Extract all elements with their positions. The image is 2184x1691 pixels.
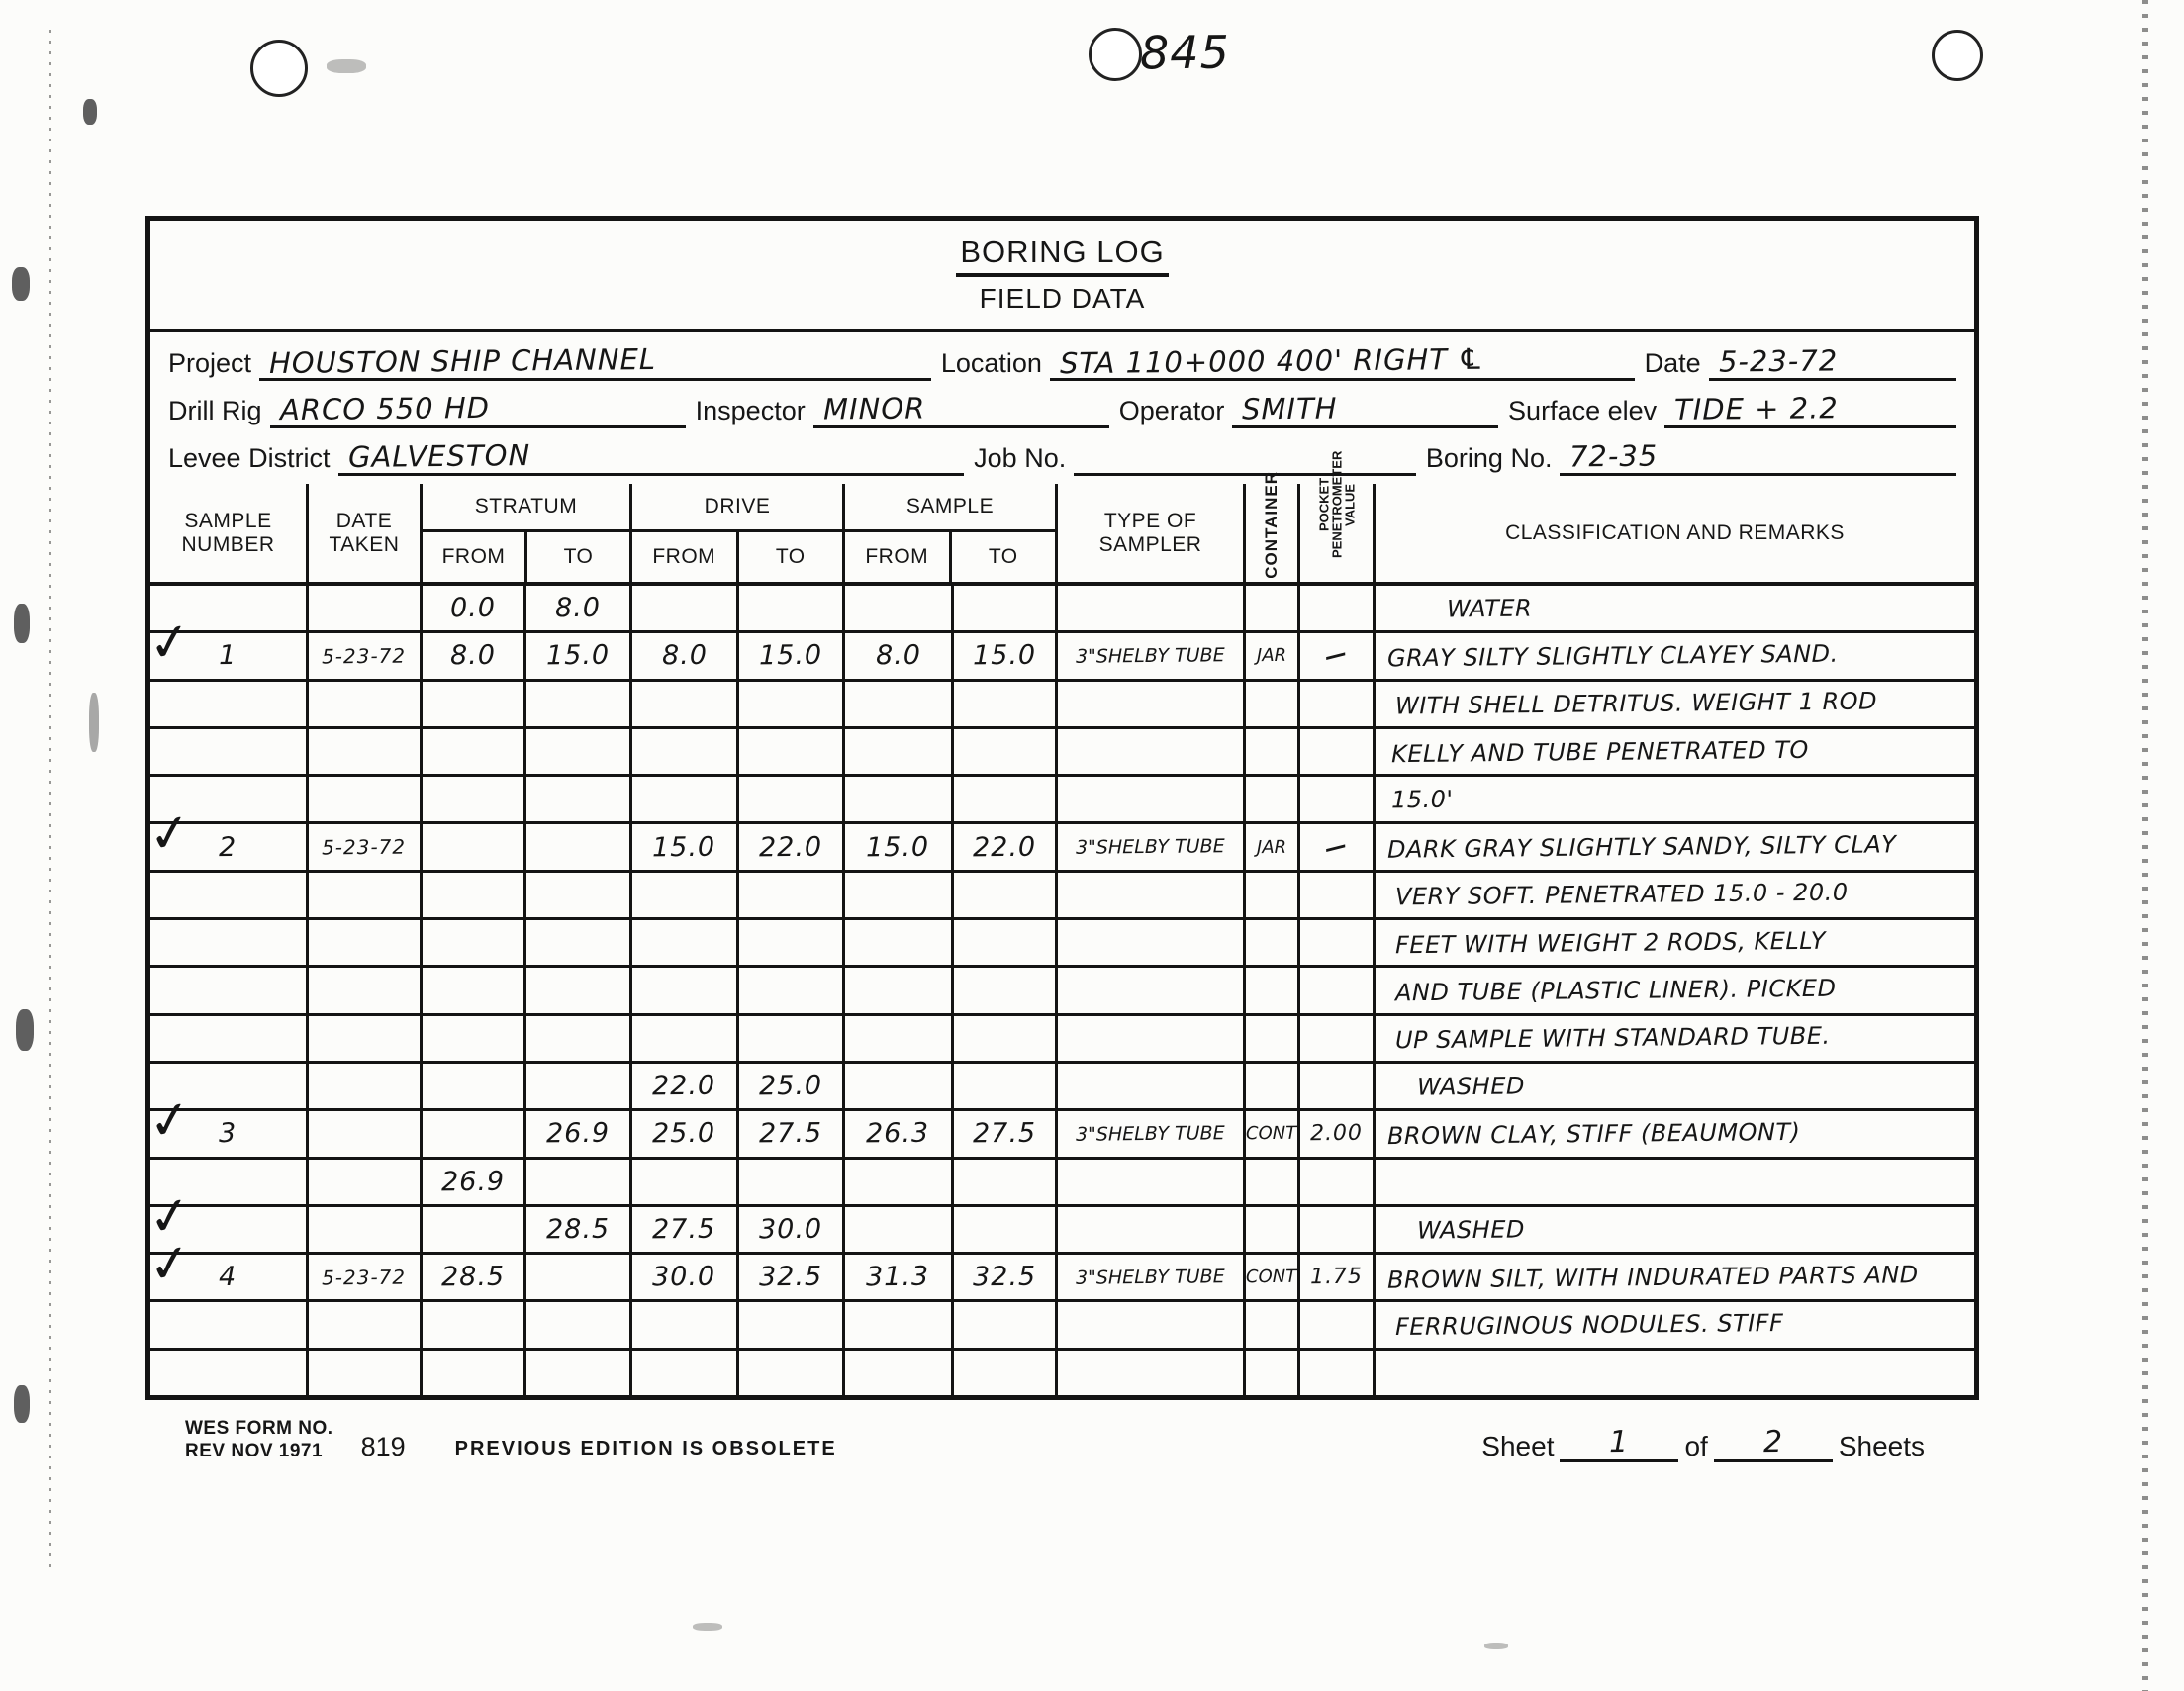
container-cell	[1246, 777, 1300, 821]
sample-from-cell	[845, 1207, 954, 1252]
sheet-label: Sheet	[1481, 1431, 1554, 1462]
sampler-cell	[1058, 1351, 1246, 1395]
stratum-from-cell	[423, 682, 526, 726]
sample-to-cell: 15.0	[954, 633, 1058, 678]
project-label: Project	[168, 348, 251, 381]
stratum-from-value: 8.0	[450, 640, 496, 671]
date-taken-value: 5-23-72	[322, 1265, 406, 1289]
drive-from-cell: 25.0	[632, 1111, 739, 1156]
sample-number-cell: ✓3	[150, 1111, 309, 1156]
drill-rig-label: Drill Rig	[168, 396, 262, 428]
remarks-value: FEET WITH WEIGHT 2 RODS, KELLY	[1395, 926, 1826, 959]
operator-value: SMITH	[1242, 391, 1338, 425]
remarks-cell	[1376, 1351, 1974, 1395]
drive-to-cell: 27.5	[739, 1111, 845, 1156]
col-header-drive-from: FROM	[632, 532, 739, 582]
col-header-type-of-sampler: TYPE OF SAMPLER	[1058, 484, 1246, 582]
drive-to-value: 32.5	[759, 1262, 822, 1293]
date-taken-cell	[309, 1302, 423, 1347]
container-cell	[1246, 968, 1300, 1012]
pocket-value: —	[1322, 832, 1350, 862]
drive-to-cell	[739, 873, 845, 917]
stratum-to-value: 15.0	[546, 640, 610, 672]
sheets-label: Sheets	[1839, 1431, 1925, 1462]
date-taken-cell	[309, 1351, 423, 1395]
stratum-from-cell	[423, 1207, 526, 1252]
remarks-value: WASHED	[1417, 1072, 1525, 1100]
date-taken-cell: 5-23-72	[309, 1255, 423, 1299]
form-number: 819	[361, 1432, 406, 1462]
remarks-cell: 15.0'	[1376, 777, 1974, 821]
date-taken-cell: 5-23-72	[309, 824, 423, 869]
sample-to-cell: 32.5	[954, 1255, 1058, 1299]
location-label: Location	[941, 348, 1042, 381]
sample-number-cell	[150, 920, 309, 965]
form-subtitle: FIELD DATA	[980, 283, 1146, 315]
stratum-from-cell: 0.0	[423, 586, 526, 630]
drive-from-cell	[632, 968, 739, 1012]
levee-district-label: Levee District	[168, 443, 331, 476]
pocket-cell: 2.00	[1300, 1111, 1376, 1156]
sample-from-cell	[845, 968, 954, 1012]
stratum-to-cell: 28.5	[526, 1207, 632, 1252]
date-taken-cell	[309, 682, 423, 726]
scan-noise	[83, 99, 97, 125]
col-group-sample: SAMPLE FROM TO	[845, 484, 1058, 582]
surface-elev-value-line: TIDE + 2.2	[1664, 390, 1956, 428]
container-cell	[1246, 1064, 1300, 1108]
remarks-cell: WATER	[1376, 586, 1974, 630]
sample-from-cell	[845, 682, 954, 726]
sample-to-cell	[954, 729, 1058, 774]
sample-from-cell	[845, 1302, 954, 1347]
stratum-from-cell	[423, 1064, 526, 1108]
stratum-to-cell: 26.9	[526, 1111, 632, 1156]
drive-to-cell: 22.0	[739, 824, 845, 869]
drive-to-cell	[739, 586, 845, 630]
remarks-cell: FERRUGINOUS NODULES. STIFF	[1376, 1302, 1974, 1347]
container-cell	[1246, 920, 1300, 965]
date-taken-cell	[309, 586, 423, 630]
sample-number-value: 1	[219, 640, 237, 671]
remarks-value: DARK GRAY SLIGHTLY SANDY, SILTY CLAY	[1387, 830, 1897, 863]
stratum-from-cell	[423, 777, 526, 821]
drive-from-value: 8.0	[661, 640, 707, 671]
pocket-cell: —	[1300, 824, 1376, 869]
table-row: ✓45-23-7228.530.032.531.332.53"SHELBY TU…	[150, 1255, 1974, 1302]
pocket-cell	[1300, 682, 1376, 726]
stratum-from-cell	[423, 1302, 526, 1347]
stratum-from-value: 0.0	[450, 593, 496, 623]
sample-to-cell	[954, 1351, 1058, 1395]
stratum-to-value: 26.9	[546, 1118, 610, 1150]
drive-to-value: 15.0	[759, 640, 822, 672]
date-taken-cell	[309, 1160, 423, 1204]
sampler-cell	[1058, 1302, 1246, 1347]
drive-to-cell	[739, 1160, 845, 1204]
col-header-classification: CLASSIFICATION AND REMARKS	[1376, 484, 1974, 582]
remarks-value: 15.0'	[1391, 786, 1454, 814]
operator-field: Operator SMITH	[1119, 390, 1498, 428]
sampler-cell	[1058, 729, 1246, 774]
project-value-line: HOUSTON SHIP CHANNEL	[259, 342, 931, 381]
stratum-to-cell	[526, 1351, 632, 1395]
table-row: 26.9	[150, 1160, 1974, 1207]
stratum-from-cell	[423, 824, 526, 869]
obsolete-note: PREVIOUS EDITION IS OBSOLETE	[455, 1438, 837, 1460]
stratum-to-cell	[526, 729, 632, 774]
remarks-cell: FEET WITH WEIGHT 2 RODS, KELLY	[1376, 920, 1974, 965]
operator-value-line: SMITH	[1232, 390, 1498, 428]
container-vertical-label: CONTAINER	[1260, 471, 1283, 579]
form-title: BORING LOG	[956, 235, 1168, 277]
sampler-cell: 3"SHELBY TUBE	[1058, 824, 1246, 869]
remarks-cell	[1376, 1160, 1974, 1204]
pocket-cell	[1300, 968, 1376, 1012]
date-taken-cell	[309, 968, 423, 1012]
sample-to-cell: 22.0	[954, 824, 1058, 869]
operator-label: Operator	[1119, 396, 1225, 428]
wes-form-no-line2: REV NOV 1971	[185, 1440, 333, 1462]
date-label: Date	[1645, 348, 1701, 381]
remarks-cell: AND TUBE (PLASTIC LINER). PICKED	[1376, 968, 1974, 1012]
sample-number-cell	[150, 729, 309, 774]
location-value: STA 110+000 400' RIGHT ℄	[1060, 342, 1485, 380]
sampler-cell	[1058, 1160, 1246, 1204]
sheet-count: Sheet 1 of 2 Sheets	[1481, 1425, 1925, 1462]
drill-rig-value-line: ARCO 550 HD	[270, 390, 686, 428]
table-row: 22.025.0WASHED	[150, 1064, 1974, 1111]
table-row: WITH SHELL DETRITUS. WEIGHT 1 ROD	[150, 682, 1974, 729]
stratum-to-cell: 8.0	[526, 586, 632, 630]
sampler-cell	[1058, 920, 1246, 965]
drive-from-cell: 30.0	[632, 1255, 739, 1299]
drive-from-cell	[632, 1160, 739, 1204]
sample-from-cell: 31.3	[845, 1255, 954, 1299]
stratum-from-cell	[423, 968, 526, 1012]
col-header-pocket-penetrometer: POCKET PENETROMETER VALUE	[1300, 484, 1376, 582]
col-group-stratum: STRATUM FROM TO	[423, 484, 632, 582]
sample-to-cell	[954, 682, 1058, 726]
sample-to-cell	[954, 1064, 1058, 1108]
table-row: ✓25-23-7215.022.015.022.03"SHELBY TUBEJA…	[150, 824, 1974, 872]
punch-hole-left	[250, 40, 308, 97]
sampler-cell	[1058, 1064, 1246, 1108]
container-value: CONT	[1246, 1123, 1296, 1145]
inspector-value: MINOR	[823, 391, 926, 425]
sample-from-cell	[845, 586, 954, 630]
date-taken-cell	[309, 777, 423, 821]
col-header-sample-from: FROM	[845, 532, 952, 582]
table-row: FERRUGINOUS NODULES. STIFF	[150, 1302, 1974, 1350]
drive-to-cell	[739, 968, 845, 1012]
checkmark-icon: ✓	[145, 615, 195, 673]
container-value: JAR	[1257, 645, 1286, 666]
stratum-to-cell	[526, 920, 632, 965]
col-header-sample-number: SAMPLE NUMBER	[150, 484, 309, 582]
stratum-from-cell	[423, 873, 526, 917]
sample-from-cell	[845, 1016, 954, 1061]
sampler-cell	[1058, 1207, 1246, 1252]
date-taken-value: 5-23-72	[322, 835, 406, 860]
punch-hole-center	[1089, 28, 1142, 81]
stratum-from-cell: 8.0	[423, 633, 526, 678]
scan-noise	[12, 267, 30, 301]
sampler-cell: 3"SHELBY TUBE	[1058, 1111, 1246, 1156]
drive-to-cell: 25.0	[739, 1064, 845, 1108]
pocket-cell	[1300, 1351, 1376, 1395]
sample-to-value: 27.5	[973, 1118, 1036, 1150]
pocket-cell	[1300, 1016, 1376, 1061]
sample-from-cell	[845, 1351, 954, 1395]
drive-to-cell	[739, 1016, 845, 1061]
scan-perforation-right	[2142, 0, 2148, 1691]
sheet-number-line: 1	[1560, 1425, 1678, 1462]
date-taken-cell	[309, 873, 423, 917]
drive-from-cell: 27.5	[632, 1207, 739, 1252]
sample-number-cell: ✓4	[150, 1255, 309, 1299]
sampler-value: 3"SHELBY TUBE	[1076, 1266, 1225, 1289]
sample-from-cell	[845, 1064, 954, 1108]
date-value: 5-23-72	[1719, 343, 1839, 378]
sampler-value: 3"SHELBY TUBE	[1076, 644, 1225, 668]
stratum-to-cell	[526, 682, 632, 726]
stratum-to-cell	[526, 824, 632, 869]
remarks-cell: GRAY SILTY SLIGHTLY CLAYEY SAND.	[1376, 633, 1974, 678]
remarks-value: AND TUBE (PLASTIC LINER). PICKED	[1395, 975, 1837, 1007]
surface-elev-value: TIDE + 2.2	[1674, 391, 1839, 426]
date-taken-cell	[309, 1207, 423, 1252]
wes-form-no-line1: WES FORM NO.	[185, 1417, 333, 1440]
container-cell	[1246, 873, 1300, 917]
drive-to-value: 25.0	[759, 1071, 822, 1102]
sample-to-cell	[954, 1160, 1058, 1204]
table-row: VERY SOFT. PENETRATED 15.0 - 20.0	[150, 873, 1974, 920]
drive-from-cell	[632, 1302, 739, 1347]
sheet-total-line: 2	[1714, 1425, 1833, 1462]
stratum-to-value: 8.0	[555, 593, 601, 623]
col-header-stratum: STRATUM	[423, 484, 629, 532]
stratum-to-cell	[526, 1160, 632, 1204]
remarks-value: FERRUGINOUS NODULES. STIFF	[1395, 1309, 1784, 1341]
drive-from-cell	[632, 873, 739, 917]
form-info-section: Project HOUSTON SHIP CHANNEL Location ST…	[150, 332, 1974, 484]
stratum-from-cell	[423, 729, 526, 774]
drive-from-value: 22.0	[652, 1071, 715, 1102]
sample-number-cell	[150, 682, 309, 726]
boring-no-value: 72-35	[1569, 439, 1659, 474]
date-value-line: 5-23-72	[1709, 342, 1956, 381]
sample-from-cell	[845, 729, 954, 774]
remarks-value: GRAY SILTY SLIGHTLY CLAYEY SAND.	[1387, 640, 1839, 673]
container-cell: JAR	[1246, 633, 1300, 678]
drive-from-value: 27.5	[652, 1214, 715, 1246]
remarks-value: KELLY AND TUBE PENETRATED TO	[1391, 735, 1809, 767]
drive-from-value: 15.0	[652, 831, 715, 863]
container-cell	[1246, 682, 1300, 726]
sampler-cell: 3"SHELBY TUBE	[1058, 1255, 1246, 1299]
col-group-drive: DRIVE FROM TO	[632, 484, 845, 582]
boring-no-value-line: 72-35	[1560, 437, 1956, 476]
drive-from-cell	[632, 920, 739, 965]
stratum-from-value: 28.5	[441, 1262, 505, 1293]
table-row	[150, 1351, 1974, 1395]
sampler-cell	[1058, 682, 1246, 726]
remarks-cell: BROWN SILT, WITH INDURATED PARTS AND	[1376, 1255, 1974, 1299]
drive-from-cell	[632, 1351, 739, 1395]
sample-number-cell: ✓1	[150, 633, 309, 678]
col-header-sample: SAMPLE	[845, 484, 1055, 532]
levee-district-value: GALVESTON	[347, 438, 530, 474]
date-taken-value: 5-23-72	[322, 643, 406, 668]
punch-hole-right	[1932, 30, 1983, 81]
drive-to-cell	[739, 729, 845, 774]
checkmark-icon: ✓	[145, 1236, 195, 1293]
project-value: HOUSTON SHIP CHANNEL	[269, 342, 656, 380]
container-cell: JAR	[1246, 824, 1300, 869]
sample-to-cell	[954, 1302, 1058, 1347]
drill-rig-field: Drill Rig ARCO 550 HD	[168, 390, 686, 428]
date-taken-cell	[309, 1111, 423, 1156]
checkmark-icon: ✓	[145, 806, 195, 864]
container-cell	[1246, 586, 1300, 630]
sample-from-value: 15.0	[866, 831, 929, 863]
drive-to-cell	[739, 1302, 845, 1347]
drive-to-cell: 30.0	[739, 1207, 845, 1252]
drive-from-cell	[632, 682, 739, 726]
levee-district-value-line: GALVESTON	[338, 437, 965, 476]
col-header-sample-to: TO	[952, 532, 1056, 582]
location-field: Location STA 110+000 400' RIGHT ℄	[941, 342, 1635, 381]
stratum-from-cell: 28.5	[423, 1255, 526, 1299]
pocket-cell	[1300, 586, 1376, 630]
col-header-stratum-to: TO	[527, 532, 629, 582]
location-value-line: STA 110+000 400' RIGHT ℄	[1050, 342, 1635, 381]
pocket-cell	[1300, 1207, 1376, 1252]
stratum-from-cell	[423, 1351, 526, 1395]
drive-from-cell	[632, 777, 739, 821]
stratum-from-cell: 26.9	[423, 1160, 526, 1204]
page-stamp-number: 845	[1140, 26, 1230, 80]
stratum-to-cell	[526, 968, 632, 1012]
sampler-value: 3"SHELBY TUBE	[1076, 1122, 1225, 1146]
sample-from-cell	[845, 1160, 954, 1204]
container-cell	[1246, 1207, 1300, 1252]
table-row: 0.08.0WATER	[150, 586, 1974, 633]
sheet-total-value: 2	[1763, 1425, 1783, 1459]
stratum-to-cell	[526, 1016, 632, 1061]
sample-number-value: 2	[219, 832, 237, 863]
sampler-cell	[1058, 1016, 1246, 1061]
pocket-cell	[1300, 873, 1376, 917]
container-cell	[1246, 1160, 1300, 1204]
drive-from-value: 30.0	[652, 1262, 715, 1293]
date-taken-cell	[309, 1064, 423, 1108]
remarks-value: WITH SHELL DETRITUS. WEIGHT 1 ROD	[1395, 688, 1877, 720]
table-row: 15.0'	[150, 777, 1974, 824]
sample-to-cell: 27.5	[954, 1111, 1058, 1156]
stratum-from-cell	[423, 1111, 526, 1156]
pocket-cell	[1300, 1160, 1376, 1204]
sampler-cell	[1058, 586, 1246, 630]
drive-to-value: 30.0	[759, 1214, 822, 1246]
col-header-container: CONTAINER	[1246, 484, 1300, 582]
inspector-field: Inspector MINOR	[696, 390, 1109, 428]
form-title-block: BORING LOG FIELD DATA	[150, 221, 1974, 332]
date-taken-cell: 5-23-72	[309, 633, 423, 678]
sample-to-cell	[954, 1207, 1058, 1252]
remarks-value: WASHED	[1417, 1215, 1525, 1244]
scan-noise	[14, 1385, 30, 1423]
scan-perforation-left	[49, 30, 51, 1573]
table-row: ✓15-23-728.015.08.015.08.015.03"SHELBY T…	[150, 633, 1974, 681]
drive-from-cell: 22.0	[632, 1064, 739, 1108]
remarks-value: VERY SOFT. PENETRATED 15.0 - 20.0	[1395, 879, 1849, 911]
sampler-value: 3"SHELBY TUBE	[1076, 835, 1225, 859]
remarks-cell: WASHED	[1376, 1064, 1974, 1108]
sample-to-value: 22.0	[973, 831, 1036, 863]
remarks-cell: WITH SHELL DETRITUS. WEIGHT 1 ROD	[1376, 682, 1974, 726]
remarks-cell: VERY SOFT. PENETRATED 15.0 - 20.0	[1376, 873, 1974, 917]
remarks-value: BROWN CLAY, STIFF (BEAUMONT)	[1387, 1118, 1801, 1150]
drive-from-cell: 15.0	[632, 824, 739, 869]
container-value: CONT	[1246, 1267, 1296, 1288]
sample-to-value: 32.5	[973, 1262, 1036, 1293]
job-no-label: Job No.	[974, 443, 1066, 476]
sample-from-value: 31.3	[866, 1262, 929, 1293]
sample-from-value: 26.3	[866, 1118, 929, 1150]
pocket-cell: 1.75	[1300, 1255, 1376, 1299]
sample-number-cell	[150, 1351, 309, 1395]
drive-to-cell: 15.0	[739, 633, 845, 678]
remarks-cell: UP SAMPLE WITH STANDARD TUBE.	[1376, 1016, 1974, 1061]
inspector-value-line: MINOR	[813, 390, 1109, 428]
sampler-cell	[1058, 873, 1246, 917]
info-row-3: Levee District GALVESTON Job No. Boring …	[168, 437, 1956, 476]
stratum-to-cell	[526, 777, 632, 821]
boring-log-form: BORING LOG FIELD DATA Project HOUSTON SH…	[145, 216, 1979, 1400]
remarks-cell: BROWN CLAY, STIFF (BEAUMONT)	[1376, 1111, 1974, 1156]
drive-from-value: 25.0	[652, 1118, 715, 1150]
pocket-cell	[1300, 1302, 1376, 1347]
container-cell	[1246, 729, 1300, 774]
sample-from-cell	[845, 873, 954, 917]
container-cell	[1246, 1351, 1300, 1395]
drive-from-cell	[632, 1016, 739, 1061]
container-cell: CONT	[1246, 1111, 1300, 1156]
table-row: UP SAMPLE WITH STANDARD TUBE.	[150, 1016, 1974, 1064]
stratum-to-cell	[526, 873, 632, 917]
sample-from-cell	[845, 920, 954, 965]
wes-form-no: WES FORM NO. REV NOV 1971	[185, 1417, 333, 1462]
date-taken-cell	[309, 729, 423, 774]
sampler-cell: 3"SHELBY TUBE	[1058, 633, 1246, 678]
sample-to-value: 15.0	[973, 640, 1036, 672]
container-value: JAR	[1257, 836, 1286, 857]
col-header-drive-to: TO	[739, 532, 843, 582]
sample-number-cell: ✓2	[150, 824, 309, 869]
pocket-cell	[1300, 1064, 1376, 1108]
drive-to-value: 22.0	[759, 831, 822, 863]
date-taken-cell	[309, 1016, 423, 1061]
drive-from-cell	[632, 729, 739, 774]
sample-from-cell	[845, 777, 954, 821]
scan-noise	[14, 604, 30, 643]
drill-rig-value: ARCO 550 HD	[279, 391, 489, 426]
table-row: FEET WITH WEIGHT 2 RODS, KELLY	[150, 920, 1974, 968]
table-row: AND TUBE (PLASTIC LINER). PICKED	[150, 968, 1974, 1015]
pocket-penetrometer-vertical-label: POCKET PENETROMETER VALUE	[1317, 430, 1356, 579]
